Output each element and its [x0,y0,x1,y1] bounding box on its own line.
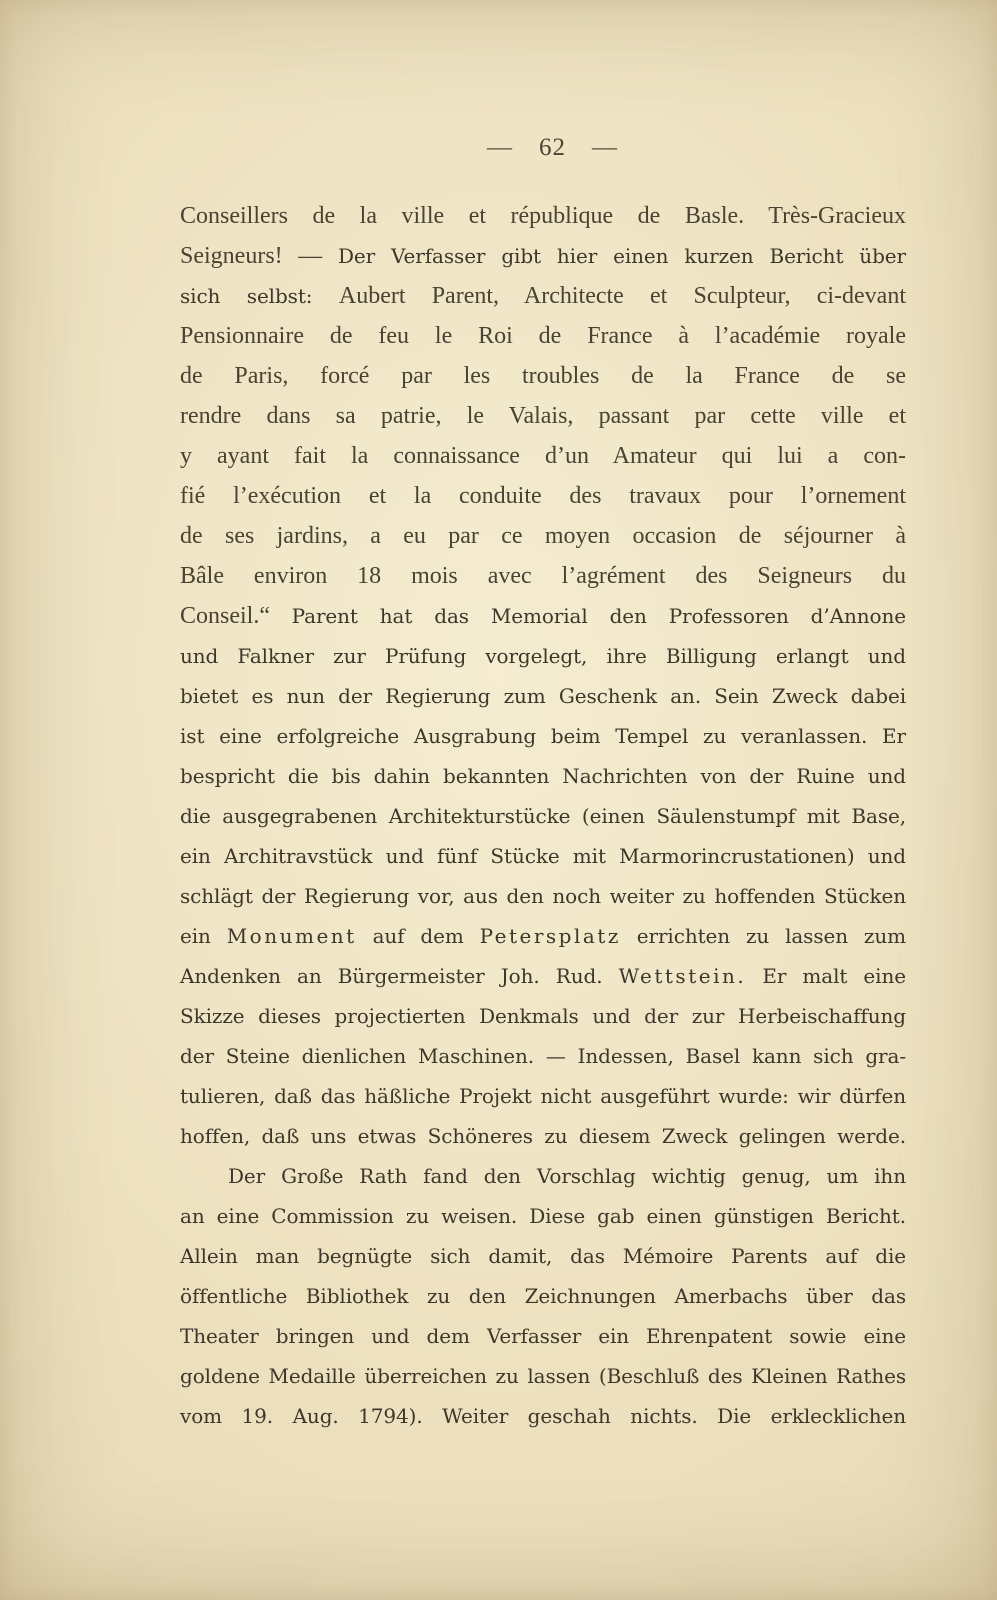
text-segment: fié l’exécution et la conduite des trava… [180,483,906,509]
text-line: schlägt der Regierung vor, aus den noch … [180,876,906,916]
text-segment: Der Verfasser gibt hier einen kurzen Ber… [338,244,906,268]
text-segment: Conseillers de la ville et république de… [180,203,906,229]
text-line: vom 19. Aug. 1794). Weiter geschah nicht… [180,1396,906,1436]
text-segment: de ses jardins, a eu par ce moyen occasi… [180,523,906,549]
text-line: Pensionnaire de feu le Roi de France à l… [180,316,906,356]
text-segment: bespricht die bis dahin bekannten Nachri… [180,764,906,788]
text-line: rendre dans sa patrie, le Valais, passan… [180,396,906,436]
text-segment: ist eine erfolgreiche Ausgrabung beim Te… [180,724,906,748]
text-line: fié l’exécution et la conduite des trava… [180,476,906,516]
page-header: —62— [180,134,925,162]
text-line: tulieren, daß das häßliche Projekt nicht… [180,1076,906,1116]
text-segment: Andenken an Bürgermeister Joh. Rud. [180,964,619,988]
text-segment: hoffen, daß uns etwas Schöneres zu diese… [180,1124,906,1148]
text-line: ein Architravstück und fünf Stücke mit M… [180,836,906,876]
text-line: Skizze dieses projectierten Denkmals und… [180,996,906,1036]
text-segment: bietet es nun der Regierung zum Geschenk… [180,684,906,708]
text-segment: Der Große Rath fand den Vorschlag wichti… [228,1164,906,1188]
text-line: ist eine erfolgreiche Ausgrabung beim Te… [180,716,906,756]
text-segment: errichten zu lassen zum [621,924,906,948]
text-segment: der Steine dienlichen Maschinen. — Indes… [180,1044,906,1068]
text-segment: de Paris, forcé par les troubles de la F… [180,363,906,389]
text-line: die ausgegrabenen Architekturstücke (ein… [180,796,906,836]
text-line: Allein man begnügte sich damit, das Mémo… [180,1236,906,1276]
text-line: öffentliche Bibliothek zu den Zeichnunge… [180,1276,906,1316]
page-number: 62 [539,134,566,161]
header-right-dash: — [592,134,618,162]
text-segment: auf dem [357,924,480,948]
text-line: der Steine dienlichen Maschinen. — Indes… [180,1036,906,1076]
text-line: Der Große Rath fand den Vorschlag wichti… [180,1156,906,1196]
text-segment: Skizze dieses projectierten Denkmals und… [180,1004,906,1028]
text-segment: Theater bringen und dem Verfasser ein Eh… [180,1324,906,1348]
text-segment: Er malt eine [746,964,906,988]
text-segment: schlägt der Regierung vor, aus den noch … [180,884,906,908]
text-segment: ein Architravstück und fünf Stücke mit M… [180,844,906,868]
text-line: Conseil.“ Parent hat das Memorial den Pr… [180,596,906,636]
text-segment: vom 19. Aug. 1794). Weiter geschah nicht… [180,1404,906,1428]
text-line: und Falkner zur Prüfung vorgelegt, ihre … [180,636,906,676]
text-line: Bâle environ 18 mois avec l’agrément des… [180,556,906,596]
text-segment: Allein man begnügte sich damit, das Mémo… [180,1244,906,1268]
text-segment: Wettstein. [619,964,747,988]
text-segment: sich selbst: [180,284,339,308]
text-segment: öffentliche Bibliothek zu den Zeichnunge… [180,1284,906,1308]
text-segment: Aubert Parent, Architecte et Sculpteur, … [339,283,906,309]
text-segment: goldene Medaille überreichen zu lassen (… [180,1364,906,1388]
text-line: bietet es nun der Regierung zum Geschenk… [180,676,906,716]
text-segment: Seigneurs! — [180,243,338,269]
text-segment: an eine Commission zu weisen. Diese gab … [180,1204,906,1228]
text-segment: die ausgegrabenen Architekturstücke (ein… [180,804,906,828]
text-segment: und Falkner zur Prüfung vorgelegt, ihre … [180,644,906,668]
text-segment: Conseil.“ [180,603,292,629]
text-segment: Bâle environ 18 mois avec l’agrément des… [180,563,906,589]
text-line: Theater bringen und dem Verfasser ein Eh… [180,1316,906,1356]
text-line: Conseillers de la ville et république de… [180,196,906,236]
text-segment: Parent hat das Memorial den Professoren … [292,604,906,628]
text-segment: y ayant fait la connaissance d’un Amateu… [180,443,906,469]
text-line: sich selbst: Aubert Parent, Architecte e… [180,276,906,316]
text-line: goldene Medaille überreichen zu lassen (… [180,1356,906,1396]
text-block: Conseillers de la ville et république de… [180,196,906,1436]
text-segment: tulieren, daß das häßliche Projekt nicht… [180,1084,906,1108]
text-line: Andenken an Bürgermeister Joh. Rud. Wett… [180,956,906,996]
text-line: bespricht die bis dahin bekannten Nachri… [180,756,906,796]
text-segment: Petersplatz [480,924,621,948]
text-line: de ses jardins, a eu par ce moyen occasi… [180,516,906,556]
text-segment: rendre dans sa patrie, le Valais, passan… [180,403,906,429]
header-left-dash: — [487,134,513,162]
text-segment: Pensionnaire de feu le Roi de France à l… [180,323,906,349]
text-segment: ein [180,924,227,948]
text-line: an eine Commission zu weisen. Diese gab … [180,1196,906,1236]
text-line: ein Monument auf dem Petersplatz erricht… [180,916,906,956]
text-line: hoffen, daß uns etwas Schöneres zu diese… [180,1116,906,1156]
text-line: Seigneurs! — Der Verfasser gibt hier ein… [180,236,906,276]
text-segment: Monument [227,924,357,948]
text-line: de Paris, forcé par les troubles de la F… [180,356,906,396]
text-line: y ayant fait la connaissance d’un Amateu… [180,436,906,476]
